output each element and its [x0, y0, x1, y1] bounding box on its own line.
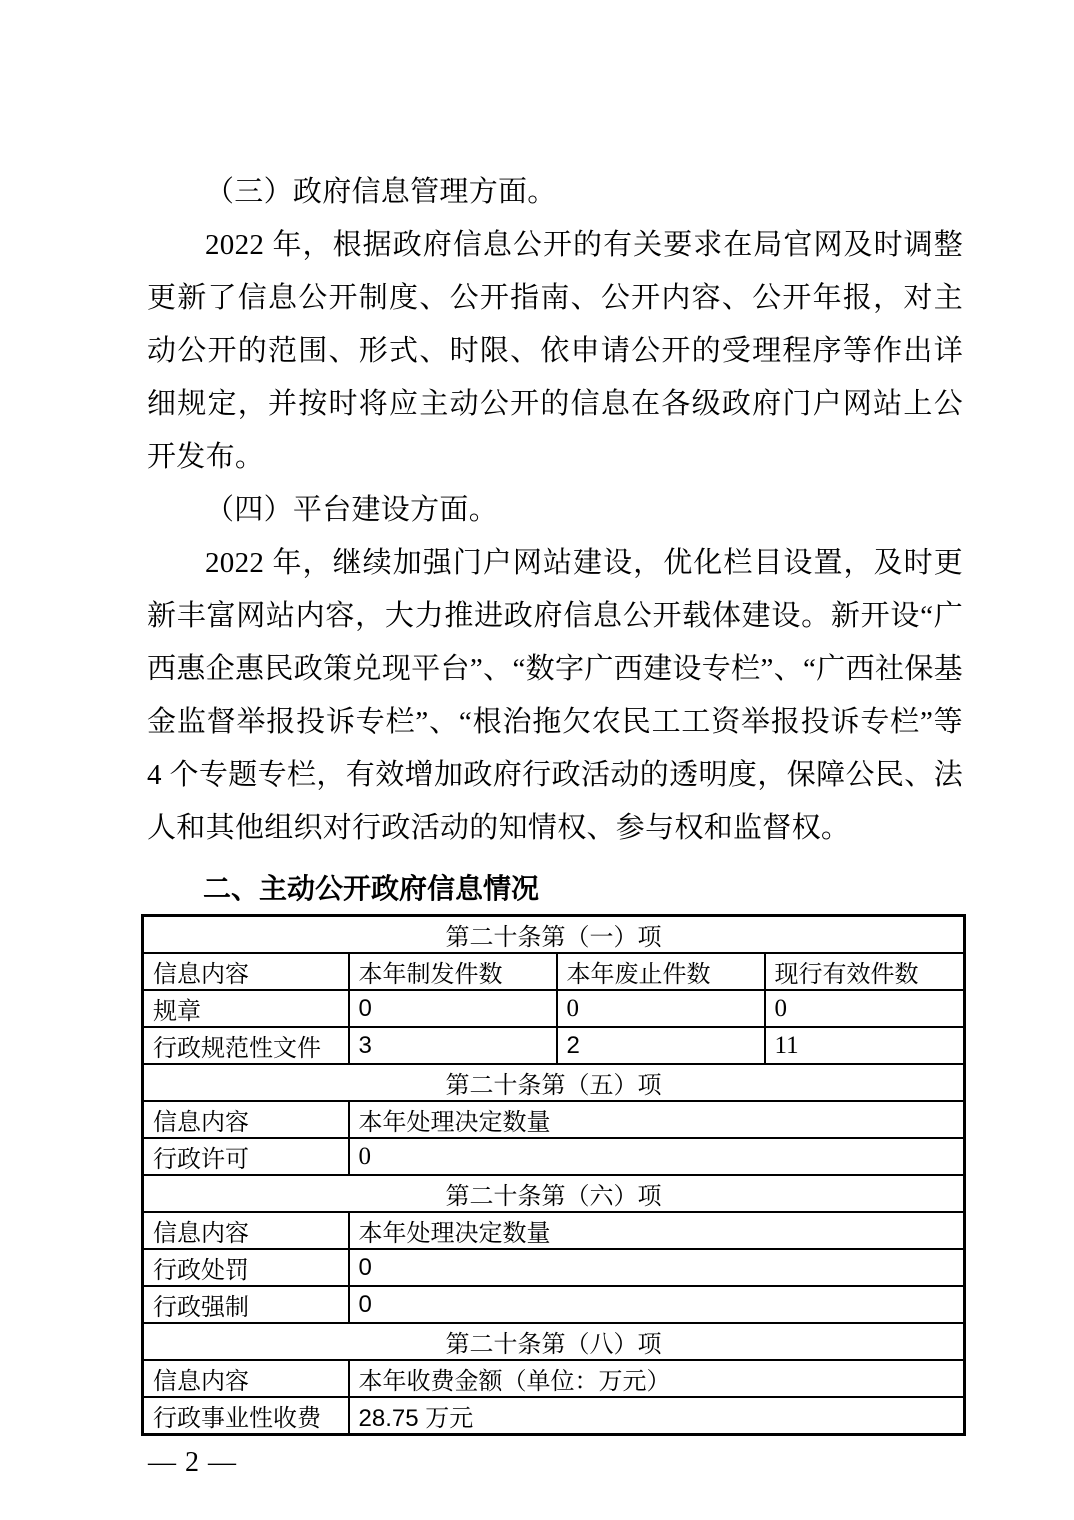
- col-header: 本年收费金额（单位：万元）: [349, 1360, 965, 1397]
- cell-value: 3: [349, 1027, 557, 1064]
- info-disclosure-table: 第二十条第（一）项 信息内容 本年制发件数 本年废止件数 现行有效件数 规章 0…: [141, 914, 966, 1436]
- table-section-title: 第二十条第（六）项: [143, 1175, 965, 1212]
- section-2-heading: 二、主动公开政府信息情况: [141, 868, 963, 910]
- col-header: 本年制发件数: [349, 953, 557, 990]
- paragraph-section-4: 2022 年，继续加强门户网站建设，优化栏目设置，及时更新丰富网站内容，大力推进…: [141, 537, 963, 855]
- row-label: 行政强制: [143, 1286, 349, 1323]
- row-label: 行政处罚: [143, 1249, 349, 1286]
- heading-section-4: （四）平台建设方面。: [141, 484, 963, 537]
- page-content: （三）政府信息管理方面。 2022 年，根据政府信息公开的有关要求在局官网及时调…: [141, 0, 963, 1479]
- col-header: 现行有效件数: [765, 953, 965, 990]
- table-section-title: 第二十条第（八）项: [143, 1323, 965, 1360]
- table-section-title: 第二十条第（一）项: [143, 916, 965, 954]
- cell-value: 0: [349, 1249, 965, 1286]
- page-number: — 2 —: [141, 1447, 963, 1479]
- cell-value: 0: [349, 1286, 965, 1323]
- cell-value: 11: [765, 1027, 965, 1064]
- row-label: 规章: [143, 990, 349, 1027]
- cell-value: 2: [557, 1027, 765, 1064]
- col-header: 本年处理决定数量: [349, 1101, 965, 1138]
- col-header: 信息内容: [143, 1212, 349, 1249]
- cell-value: 28.75 万元: [349, 1397, 965, 1435]
- row-label: 行政事业性收费: [143, 1397, 349, 1435]
- row-label: 行政规范性文件: [143, 1027, 349, 1064]
- col-header: 信息内容: [143, 1101, 349, 1138]
- paragraph-section-3: 2022 年，根据政府信息公开的有关要求在局官网及时调整更新了信息公开制度、公开…: [141, 219, 963, 484]
- row-label: 行政许可: [143, 1138, 349, 1175]
- col-header: 本年废止件数: [557, 953, 765, 990]
- col-header: 信息内容: [143, 953, 349, 990]
- col-header: 本年处理决定数量: [349, 1212, 965, 1249]
- heading-section-3: （三）政府信息管理方面。: [141, 166, 963, 219]
- col-header: 信息内容: [143, 1360, 349, 1397]
- table-section-title: 第二十条第（五）项: [143, 1064, 965, 1101]
- cell-value: 0: [557, 990, 765, 1027]
- cell-value: 0: [349, 1138, 965, 1175]
- cell-value: 0: [349, 990, 557, 1027]
- document-page: （三）政府信息管理方面。 2022 年，根据政府信息公开的有关要求在局官网及时调…: [0, 0, 1074, 1520]
- cell-value: 0: [765, 990, 965, 1027]
